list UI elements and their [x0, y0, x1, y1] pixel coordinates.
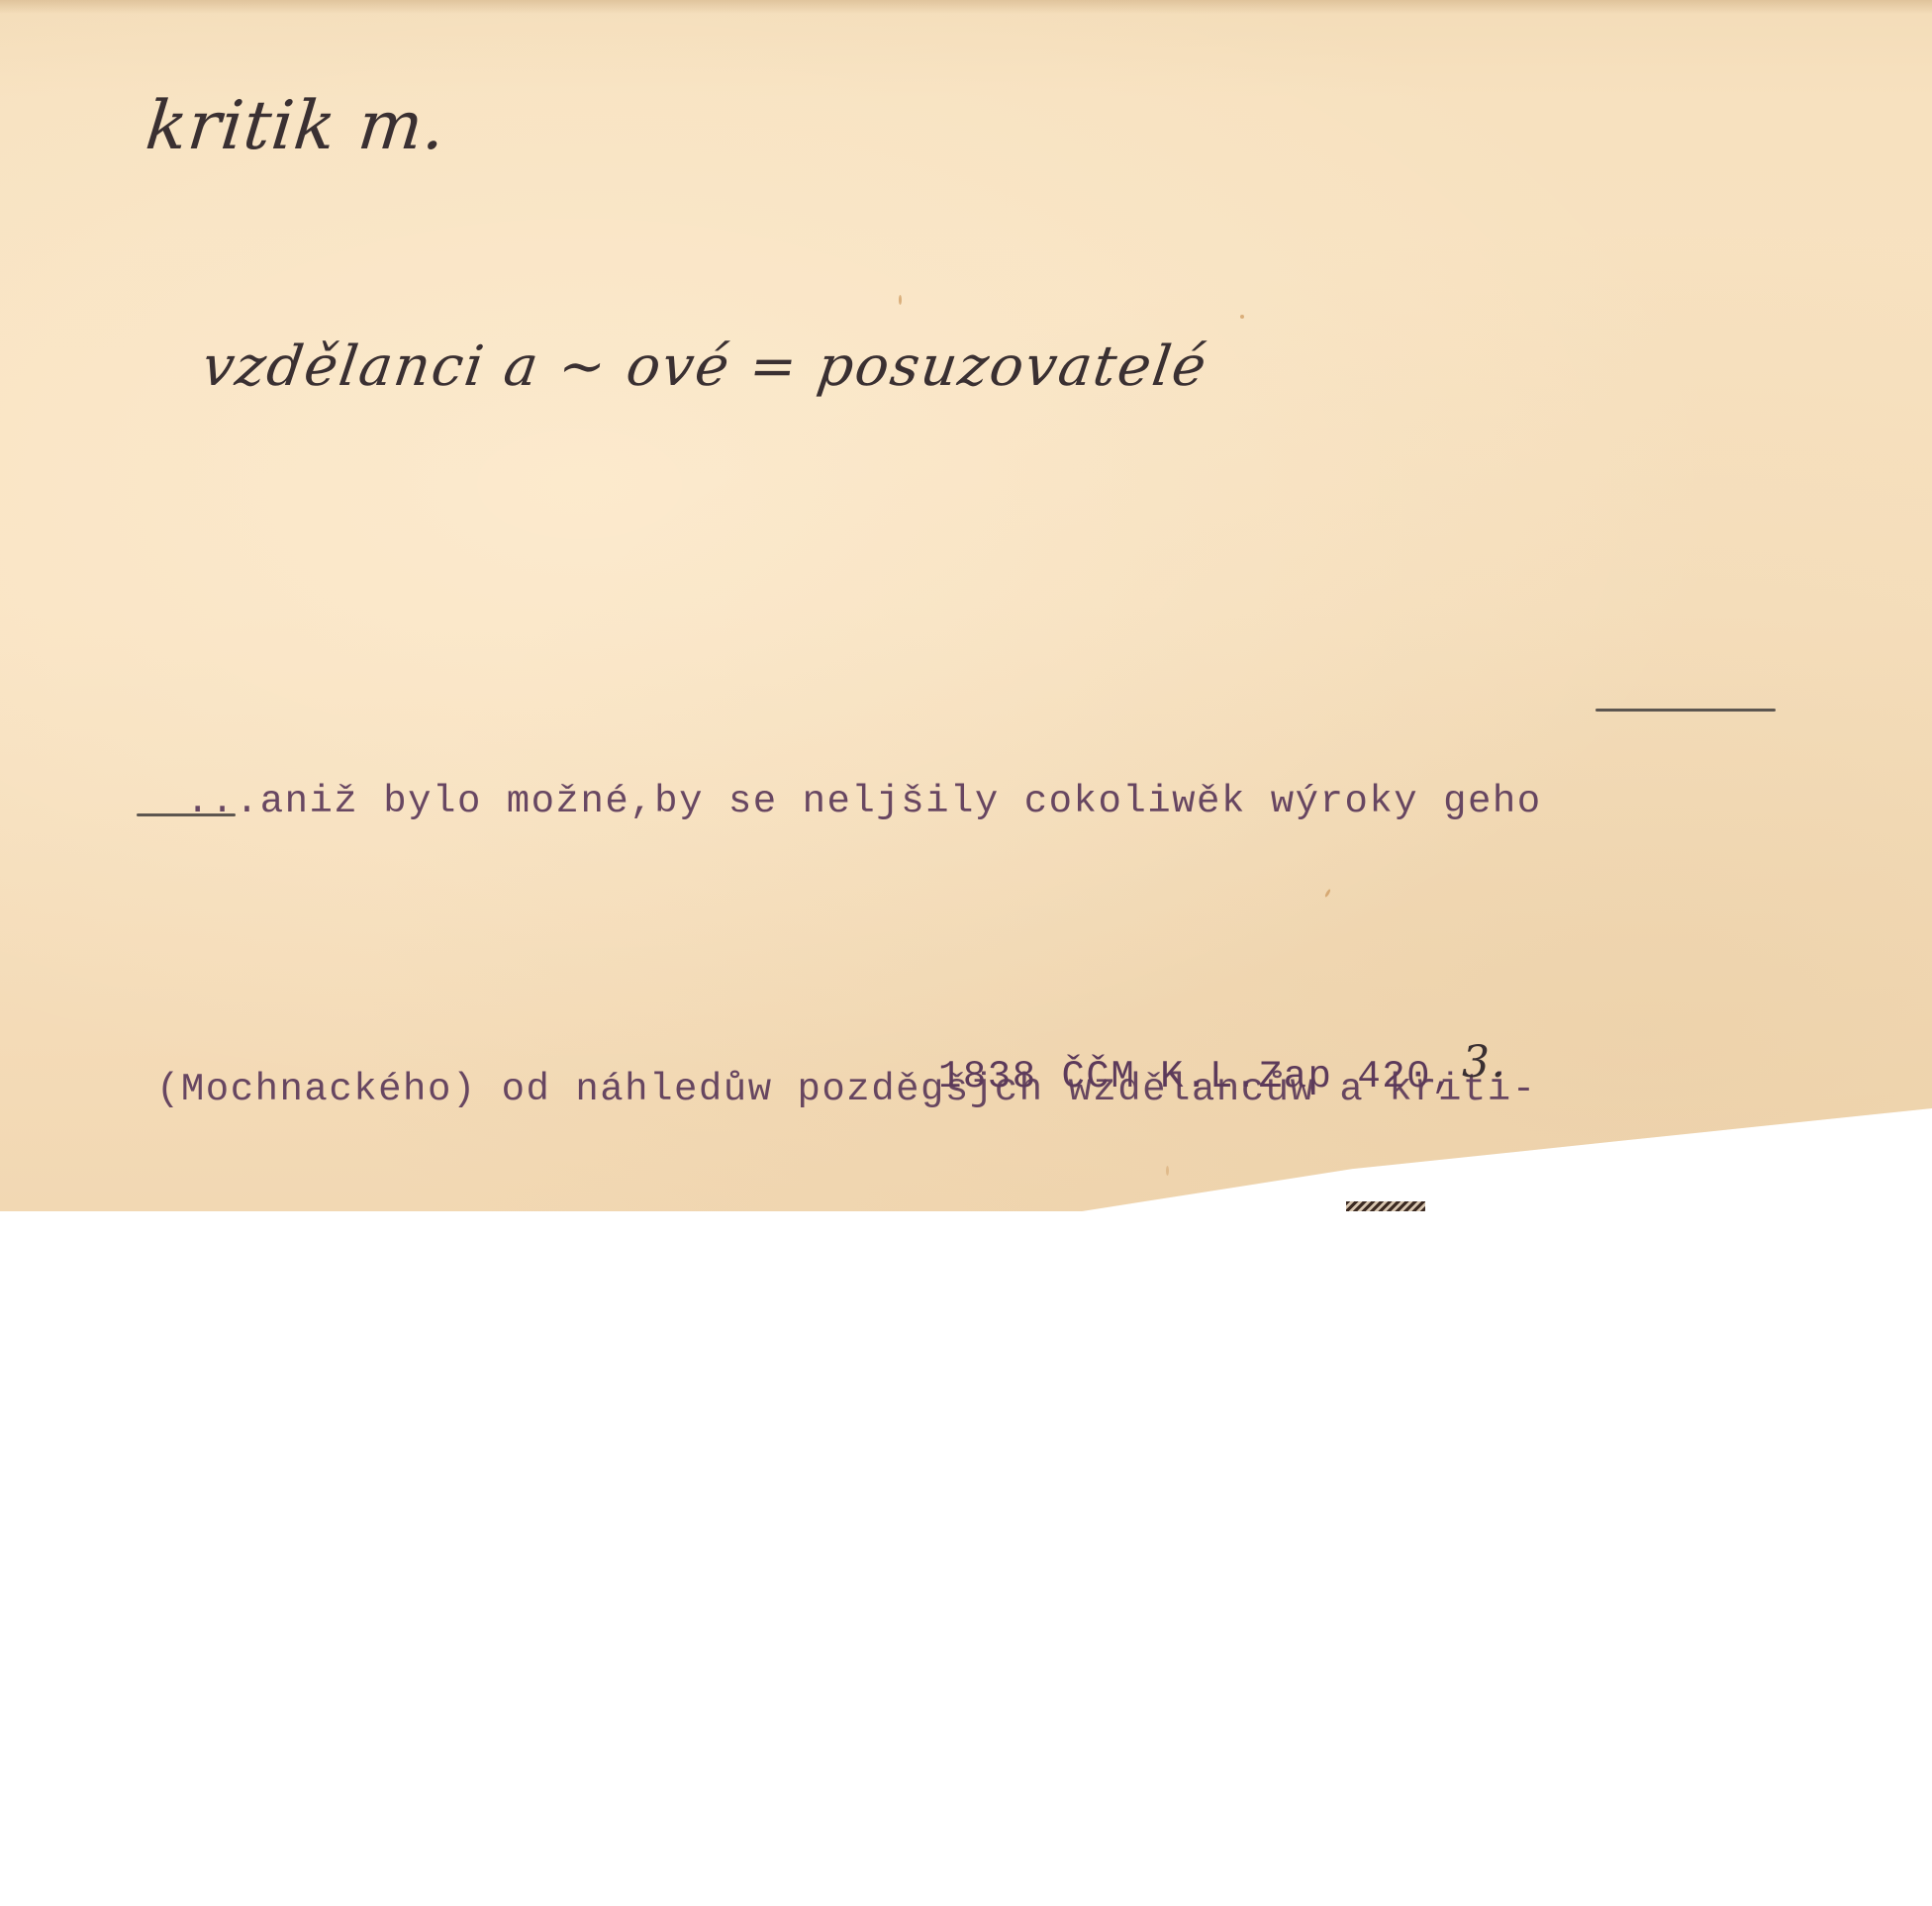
paper-edge-shadow	[0, 0, 1932, 14]
paper-speck	[1166, 1166, 1169, 1176]
keyword-underline-part2	[137, 813, 236, 816]
typed-quotation: ...aniž bylo možné,by se neljšily cokoli…	[156, 562, 1542, 1211]
citation-text: 1838 ČČM K.L.Zap 420,	[938, 1055, 1456, 1098]
handwritten-gloss: vzdělanci a ~ ové = posuzovatelé	[198, 334, 1211, 399]
quotation-line-1: ...aniž bylo možné,by se neljšily cokoli…	[156, 754, 1542, 850]
scan-edge-artifact	[1346, 1201, 1425, 1211]
keyword-underline-part1	[1595, 709, 1776, 712]
headword: kritik m.	[143, 87, 450, 165]
paper-speck	[899, 295, 902, 305]
index-card: kritik m. vzdělanci a ~ ové = posuzovate…	[0, 0, 1932, 1211]
handwritten-page-number: 3.	[1462, 1037, 1506, 1088]
source-citation: 1838 ČČM K.L.Zap 420,3.	[938, 1047, 1506, 1098]
paper-speck	[1240, 315, 1244, 319]
